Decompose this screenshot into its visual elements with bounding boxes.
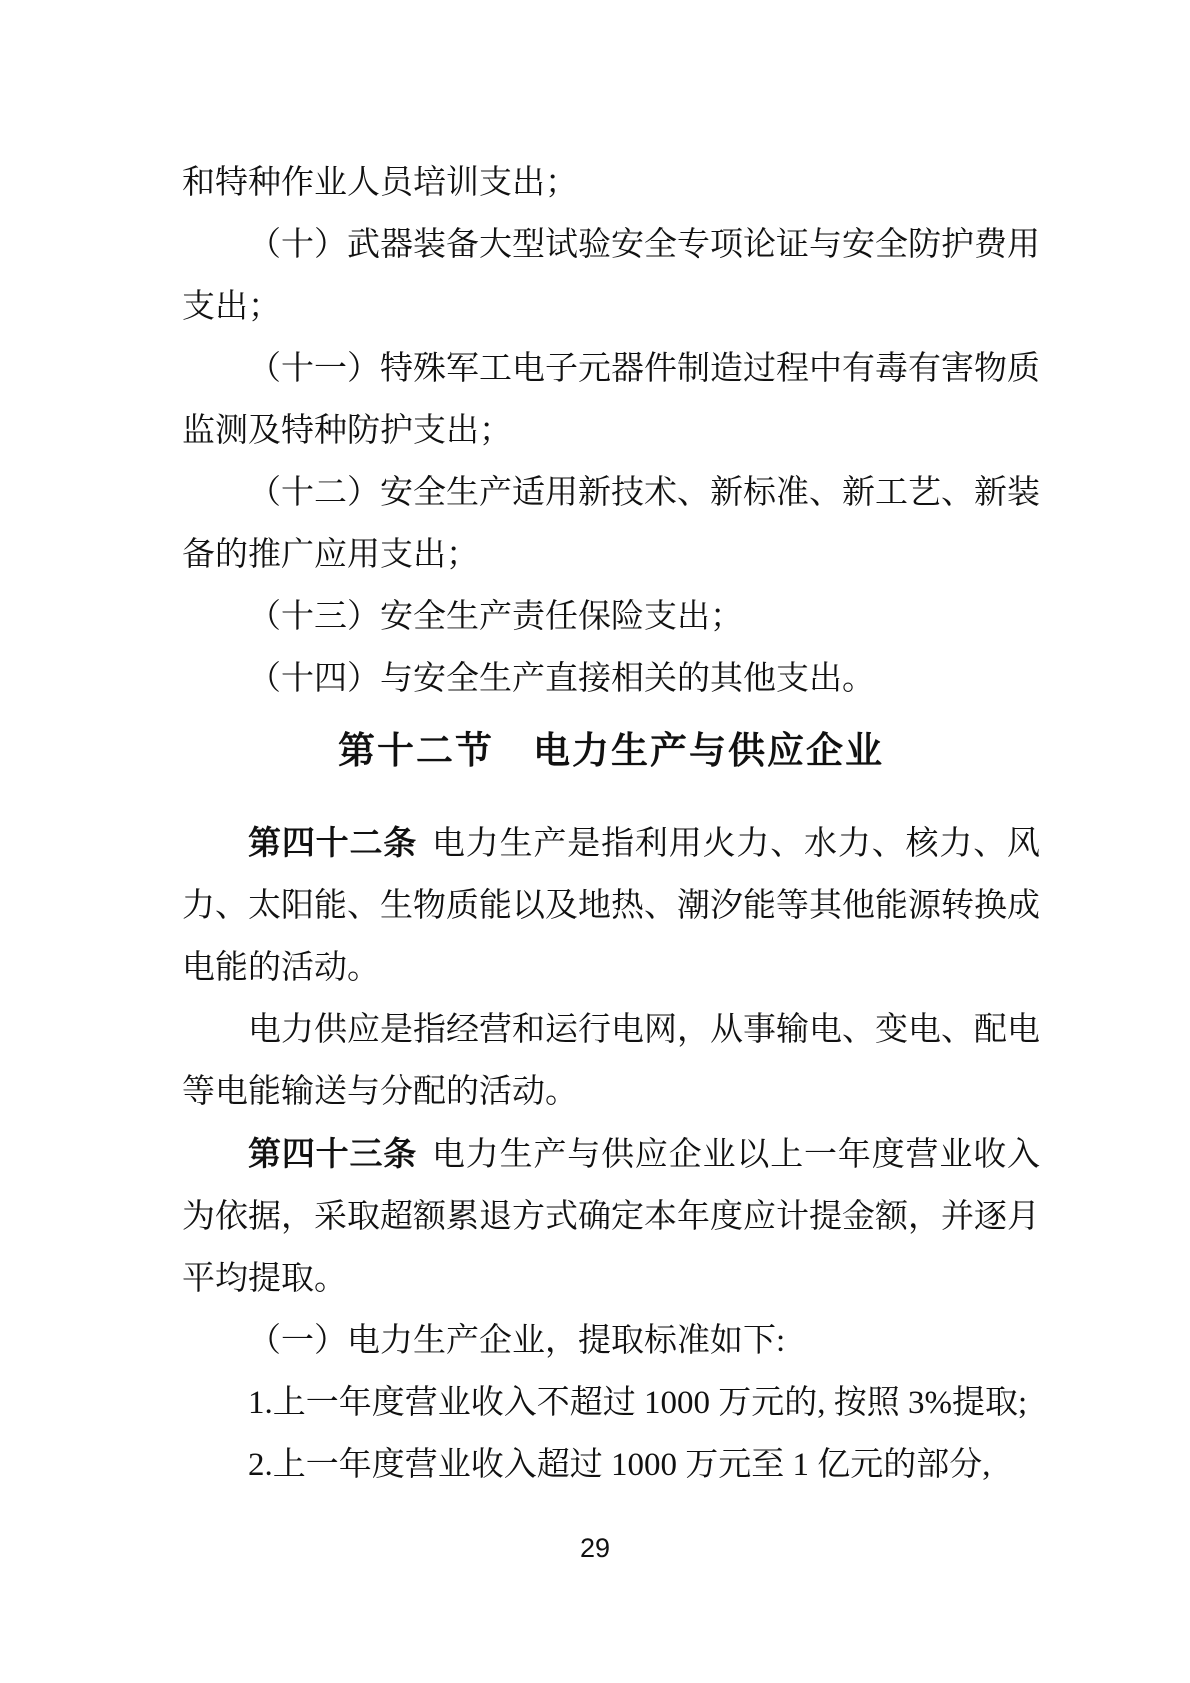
body-paragraph: （十三）安全生产责任保险支出； <box>182 586 1040 648</box>
body-paragraph: （一）电力生产企业，提取标准如下: <box>182 1310 1040 1372</box>
body-paragraph: （十四）与安全生产直接相关的其他支出。 <box>182 648 1040 710</box>
body-paragraph: 1.上一年度营业收入不超过 1000 万元的, 按照 3%提取; <box>182 1372 1040 1434</box>
body-paragraph: （十）武器装备大型试验安全专项论证与安全防护费用支出； <box>182 214 1040 338</box>
document-page: 和特种作业人员培训支出；（十）武器装备大型试验安全专项论证与安全防护费用支出；（… <box>0 0 1190 1683</box>
page-number: 29 <box>0 1532 1190 1564</box>
article-number: 第四十三条 <box>248 1135 417 1172</box>
body-paragraph: 电力供应是指经营和运行电网，从事输电、变电、配电等电能输送与分配的活动。 <box>182 999 1040 1123</box>
body-paragraph: 和特种作业人员培训支出； <box>182 152 1040 214</box>
article-number: 第四十二条 <box>248 824 417 861</box>
section-heading: 第十二节 电力生产与供应企业 <box>182 720 1040 782</box>
body-paragraph: （十二）安全生产适用新技术、新标准、新工艺、新装备的推广应用支出； <box>182 462 1040 586</box>
body-paragraph: 第四十三条电力生产与供应企业以上一年度营业收入为依据，采取超额累退方式确定本年度… <box>182 1123 1040 1310</box>
body-paragraph: （十一）特殊军工电子元器件制造过程中有毒有害物质监测及特种防护支出； <box>182 338 1040 462</box>
body-paragraph: 2.上一年度营业收入超过 1000 万元至 1 亿元的部分, <box>182 1434 1040 1496</box>
document-body: 和特种作业人员培训支出；（十）武器装备大型试验安全专项论证与安全防护费用支出；（… <box>182 152 1040 1496</box>
body-paragraph: 第四十二条电力生产是指利用火力、水力、核力、风力、太阳能、生物质能以及地热、潮汐… <box>182 812 1040 999</box>
